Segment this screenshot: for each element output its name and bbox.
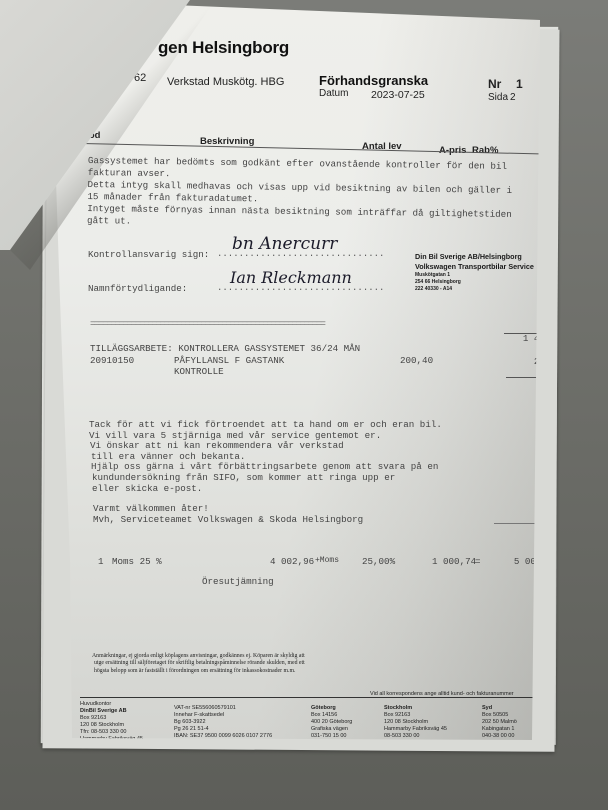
footer-stockholm: Stockholm Box 92163 120 08 Stockholm Ham… [384, 705, 447, 740]
header-divider [82, 143, 577, 155]
page-label: Sida [488, 92, 508, 103]
subtotal: 200,40 [474, 378, 574, 389]
nr-label: Nr [488, 77, 501, 91]
nr-value: 1 [516, 77, 523, 91]
separator-line: ========================================… [90, 318, 324, 329]
vat-base-suffix: +Moms [315, 556, 339, 565]
work-title: TILLÄGGSARBETE: KONTROLLERA GASSYSTEMET … [90, 343, 360, 354]
document-type: Förhandsgranska [319, 73, 428, 88]
date-value: 2023-07-25 [371, 89, 425, 101]
item-code: 20910150 [90, 355, 134, 366]
item-description-2: KONTROLLE [174, 366, 224, 377]
certificate-text: Gassystemet har bedömts som godkänt efte… [87, 155, 513, 233]
handwritten-signature: bn Anercurr [232, 234, 337, 254]
col-discount: Rab% [472, 145, 498, 156]
date-label: Datum [319, 88, 348, 99]
company-stamp: Din Bil Sverige AB/Helsingborg Volkswage… [415, 252, 534, 293]
item-unit-price: 200,40 [400, 355, 433, 366]
vat-label: Moms 25 % [112, 556, 162, 567]
thanks-message: Tack för att vi fick förtroendet att ta … [89, 420, 442, 525]
footer-syd: Syd Box 50505 202 50 Malmö Kabingatan 1 … [482, 705, 517, 740]
workshop-name: Verkstad Muskötg. HBG [167, 76, 284, 88]
page-value: 2 [510, 92, 516, 103]
footer-goteborg: Göteborg Box 14156 400 20 Göteborg Grafi… [311, 705, 352, 740]
remarks: Anmärkningar, ej gjorda enligt köplagens… [92, 653, 305, 675]
name-label: Namnförtydligande: [88, 283, 187, 294]
vat-rate: 25,00% [362, 556, 395, 567]
handwritten-name: Ian Rleckmann [230, 268, 352, 287]
item-description: PÅFYLLANSL F GASTANK [174, 355, 284, 366]
correspondence-note: Vid all korrespondens ange alltid kund- … [370, 691, 514, 698]
vat-count: 1 [98, 556, 104, 567]
sign-label: Kontrollansvarig sign: [88, 249, 209, 260]
vat-base: 4 002,96 [270, 556, 314, 567]
rounding-label: Öresutjämning [202, 576, 274, 587]
